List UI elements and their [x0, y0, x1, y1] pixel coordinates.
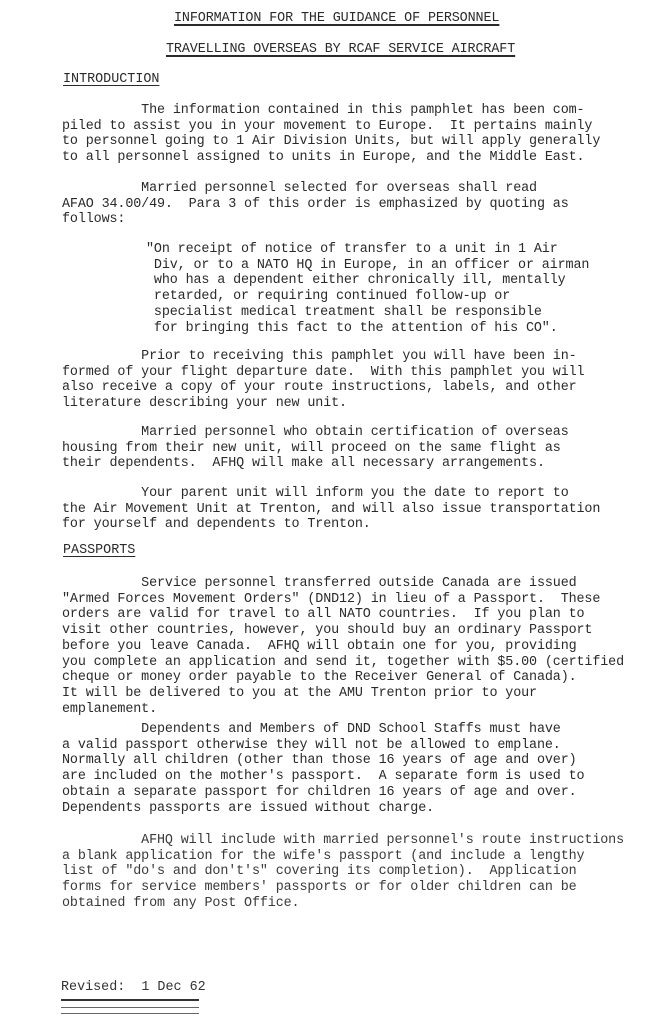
text-line: Dependents passports are issued without … [62, 801, 584, 817]
text-line: "Armed Forces Movement Orders" (DND12) i… [62, 592, 624, 608]
intro-paragraph-3: Prior to receiving this pamphlet you wil… [62, 349, 584, 412]
passports-paragraph-1: Service personnel transferred outside Ca… [62, 576, 624, 717]
text-line: visit other countries, however, you shou… [62, 623, 624, 639]
revision-date: Revised: 1 Dec 62 [61, 980, 206, 995]
document-title: INFORMATION FOR THE GUIDANCE OF PERSONNE… [174, 11, 499, 26]
intro-paragraph-5: Your parent unit will inform you the dat… [62, 486, 600, 533]
intro-paragraph-4: Married personnel who obtain certificati… [62, 425, 569, 472]
text-line: Normally all children (other than those … [62, 753, 584, 769]
text-line: obtained from any Post Office. [62, 896, 624, 912]
text-line: "On receipt of notice of transfer to a u… [146, 242, 589, 258]
text-line: follows: [62, 212, 569, 228]
text-line: Married personnel who obtain certificati… [62, 425, 569, 441]
text-line: list of "do's and don't's" covering its … [62, 864, 624, 880]
intro-paragraph-1: The information contained in this pamphl… [62, 103, 600, 166]
text-line: for yourself and dependents to Trenton. [62, 517, 600, 533]
document-page: INFORMATION FOR THE GUIDANCE OF PERSONNE… [0, 0, 650, 1036]
text-line: Your parent unit will inform you the dat… [62, 486, 600, 502]
quoted-order-paragraph: "On receipt of notice of transfer to a u… [146, 242, 589, 336]
text-line: housing from their new unit, will procee… [62, 441, 569, 457]
text-line: for bringing this fact to the attention … [146, 321, 589, 337]
document-subtitle: TRAVELLING OVERSEAS BY RCAF SERVICE AIRC… [166, 42, 515, 57]
text-line: AFAO 34.00/49. Para 3 of this order is e… [62, 197, 569, 213]
text-line: piled to assist you in your movement to … [62, 119, 600, 135]
text-line: forms for service members' passports or … [62, 880, 624, 896]
text-line: emplanement. [62, 702, 624, 718]
intro-paragraph-2: Married personnel selected for overseas … [62, 181, 569, 228]
text-line: the Air Movement Unit at Trenton, and wi… [62, 502, 600, 518]
text-line: Dependents and Members of DND School Sta… [62, 722, 584, 738]
text-line: cheque or money order payable to the Rec… [62, 670, 624, 686]
text-line: to all personnel assigned to units in Eu… [62, 150, 600, 166]
text-line: orders are valid for travel to all NATO … [62, 607, 624, 623]
text-line: It will be delivered to you at the AMU T… [62, 686, 624, 702]
text-line: a valid passport otherwise they will not… [62, 738, 584, 754]
text-line: AFHQ will include with married personnel… [62, 833, 624, 849]
text-line: a blank application for the wife's passp… [62, 849, 624, 865]
footer-rule [61, 999, 199, 1001]
text-line: retarded, or requiring continued follow-… [146, 289, 589, 305]
text-line: who has a dependent either chronically i… [146, 273, 589, 289]
text-line: you complete an application and send it,… [62, 655, 624, 671]
text-line: literature describing your new unit. [62, 396, 584, 412]
text-line: also receive a copy of your route instru… [62, 380, 584, 396]
footer-rule [61, 1013, 199, 1014]
text-line: Prior to receiving this pamphlet you wil… [62, 349, 584, 365]
text-line: specialist medical treatment shall be re… [146, 305, 589, 321]
text-line: to personnel going to 1 Air Division Uni… [62, 134, 600, 150]
text-line: Div, or to a NATO HQ in Europe, in an of… [146, 258, 589, 274]
text-line: Service personnel transferred outside Ca… [62, 576, 624, 592]
text-line: formed of your flight departure date. Wi… [62, 365, 584, 381]
text-line: are included on the mother's passport. A… [62, 769, 584, 785]
footer-rule [61, 1007, 199, 1008]
section-heading-introduction: INTRODUCTION [63, 72, 159, 87]
section-heading-passports: PASSPORTS [63, 543, 135, 558]
text-line: obtain a separate passport for children … [62, 785, 584, 801]
passports-paragraph-3: AFHQ will include with married personnel… [62, 833, 624, 912]
passports-paragraph-2: Dependents and Members of DND School Sta… [62, 722, 584, 816]
text-line: before you leave Canada. AFHQ will obtai… [62, 639, 624, 655]
text-line: Married personnel selected for overseas … [62, 181, 569, 197]
text-line: their dependents. AFHQ will make all nec… [62, 456, 569, 472]
text-line: The information contained in this pamphl… [62, 103, 600, 119]
